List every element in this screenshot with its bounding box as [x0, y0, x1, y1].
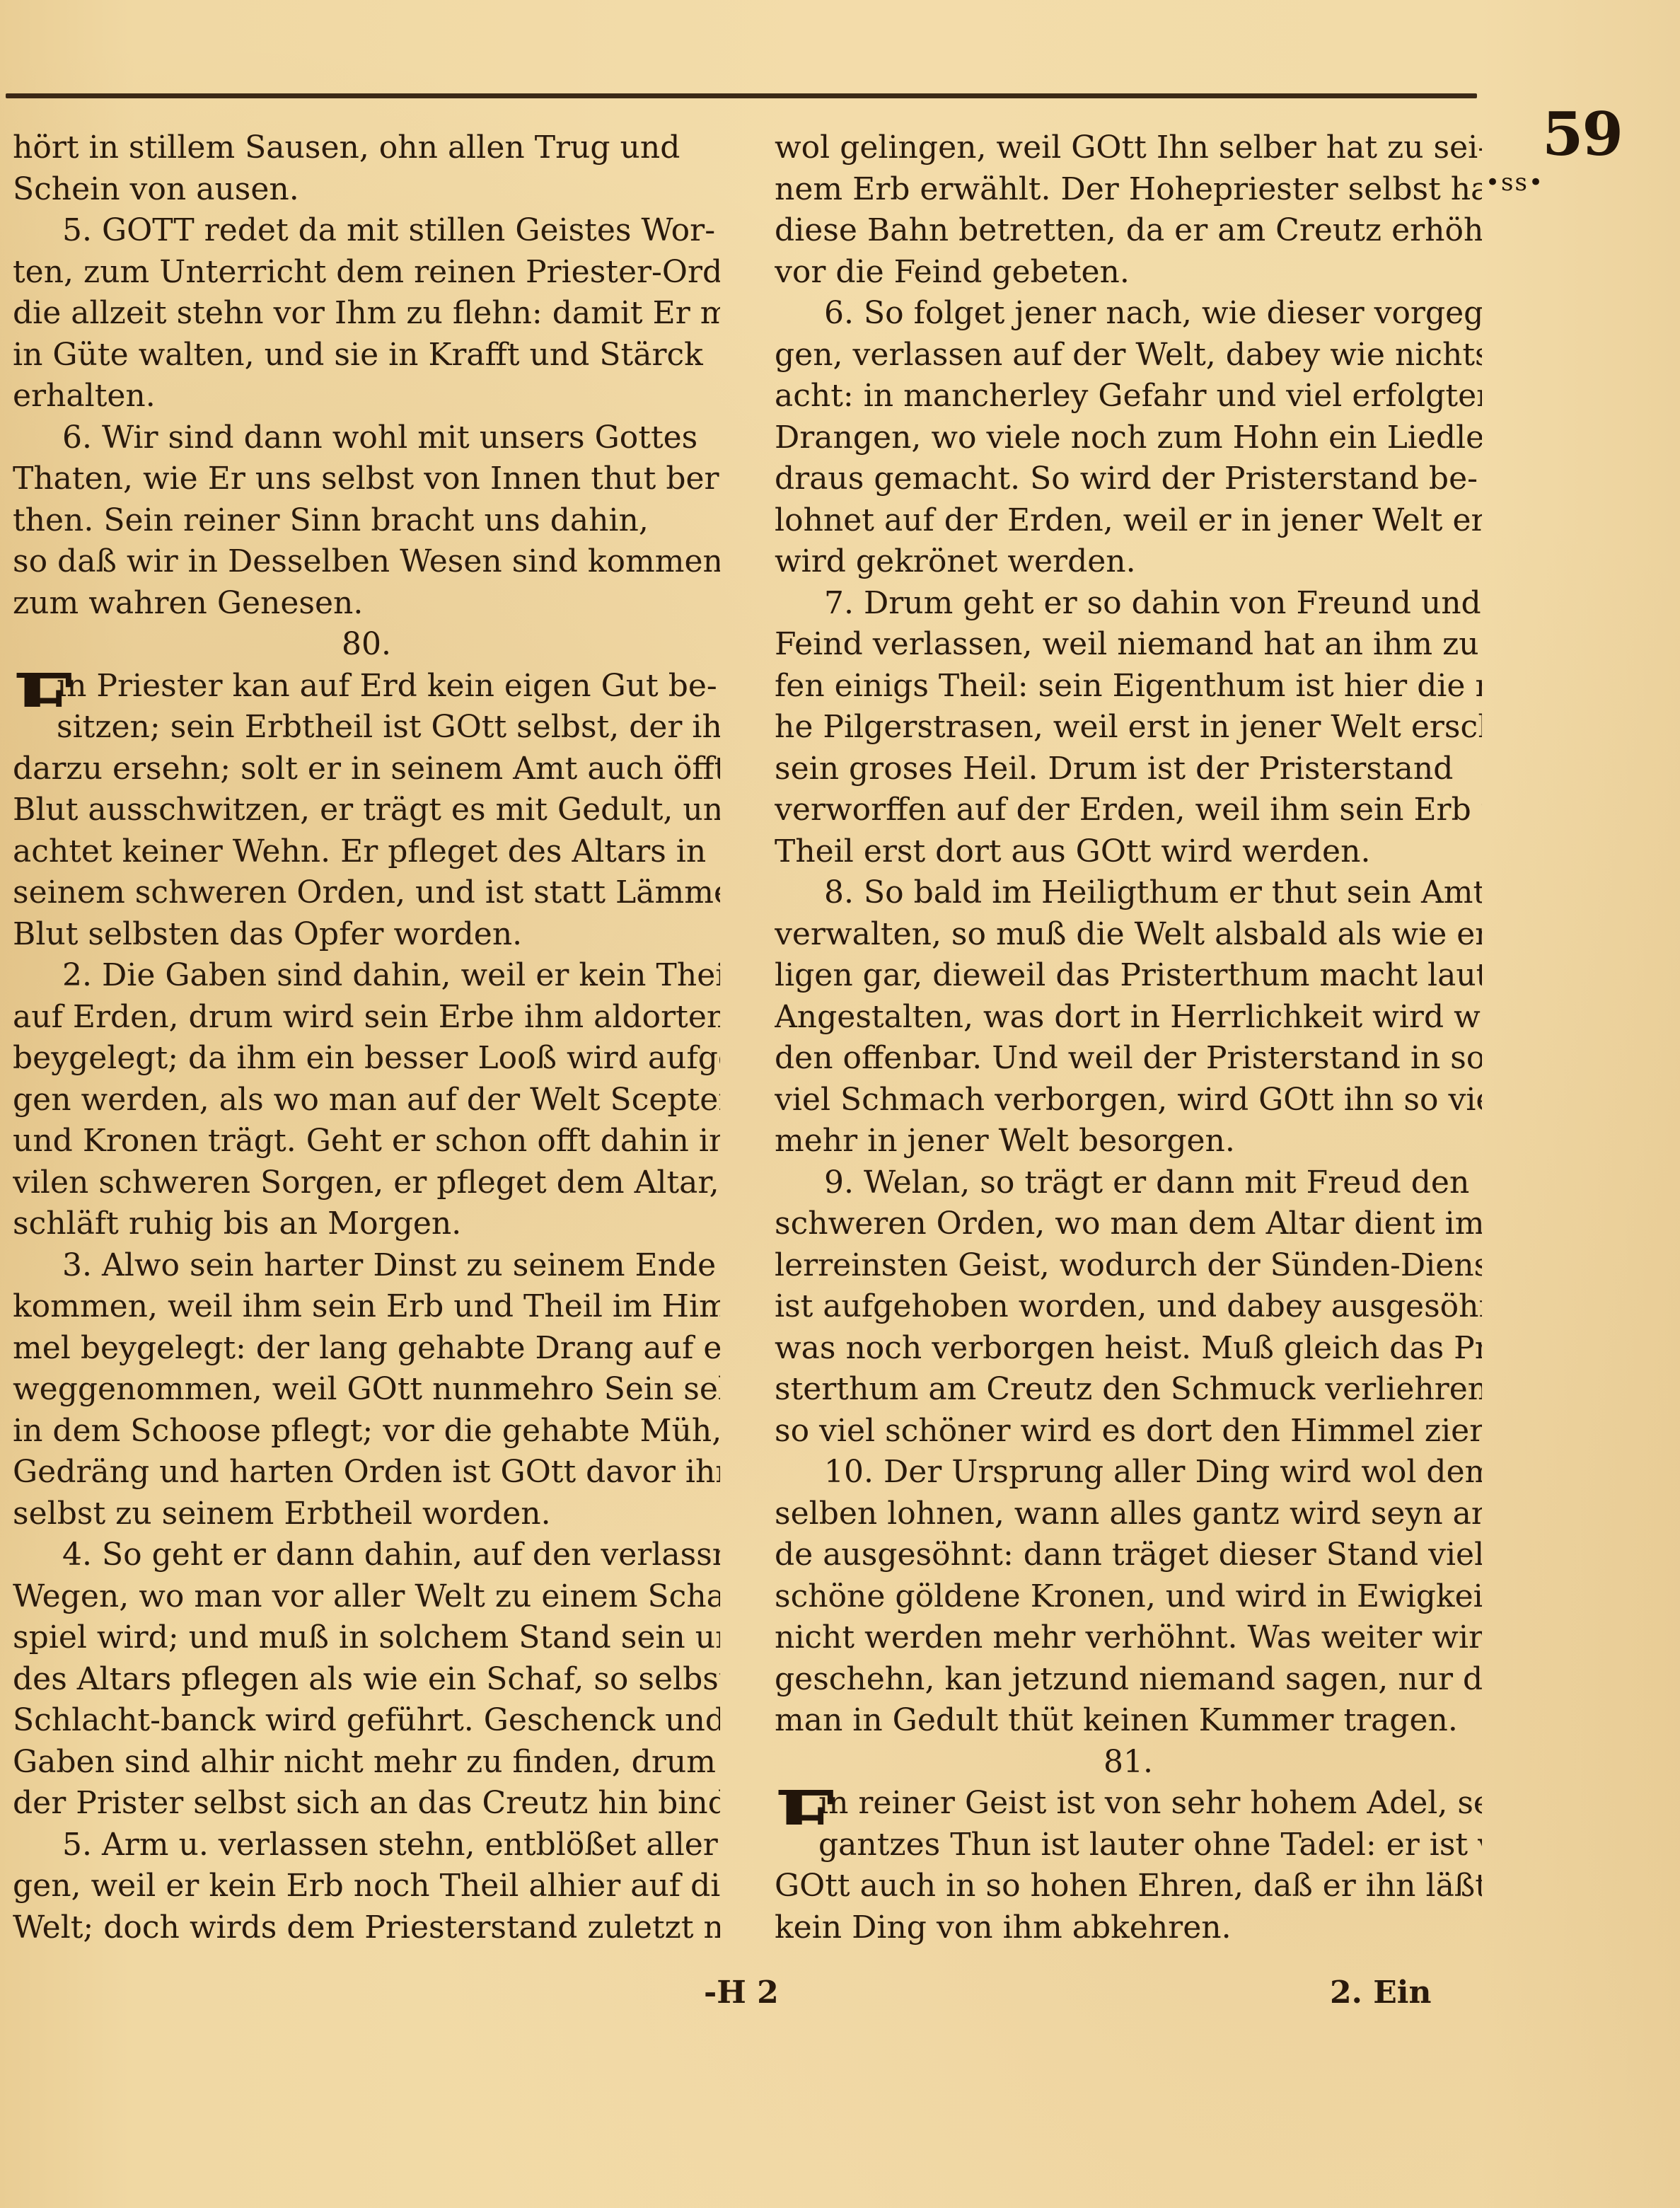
text-line: Schein von ausen.: [13, 169, 720, 211]
text-line: des Altars pflegen als wie ein Schaf, so…: [13, 1659, 720, 1701]
text-line: diese Bahn betretten, da er am Creutz er…: [775, 210, 1482, 252]
text-line: selbst zu seinem Erbtheil worden.: [13, 1493, 720, 1535]
text-line: verworffen auf der Erden, weil ihm sein …: [775, 790, 1482, 831]
text-line: Wegen, wo man vor aller Welt zu einem Sc…: [13, 1576, 720, 1618]
text-line: achtet keiner Wehn. Er pfleget des Altar…: [13, 831, 720, 873]
verse-7-start: 7. Drum geht er so dahin von Freund und: [775, 583, 1482, 625]
text-line: auf Erden, drum wird sein Erbe ihm aldor…: [13, 997, 720, 1039]
text-line: den offenbar. Und weil der Pristerstand …: [775, 1038, 1482, 1080]
text-line: erhalten.: [13, 376, 720, 417]
text-line: in Güte walten, und sie in Krafft und St…: [13, 335, 720, 376]
text-line: kein Ding von ihm abkehren.: [775, 1907, 1482, 1949]
dropcap: E: [775, 1783, 838, 1825]
text-line: sitzen; sein Erbtheil ist GOtt selbst, d…: [13, 707, 720, 748]
text-line: de ausgesöhnt: dann träget dieser Stand …: [775, 1534, 1482, 1576]
text-line: ligen gar, dieweil das Pristerthum macht…: [775, 955, 1482, 997]
text-line: vor die Feind gebeten.: [775, 252, 1482, 294]
text-line: sterthum am Creutz den Schmuck verliehre…: [775, 1369, 1482, 1411]
text-line: spiel wird; und muß in solchem Stand sei…: [13, 1617, 720, 1659]
text-line: mel beygelegt: der lang gehabte Drang au…: [13, 1328, 720, 1370]
text-line: so viel schöner wird es dort den Himmel …: [775, 1411, 1482, 1452]
text-line: zum wahren Genesen.: [13, 583, 720, 625]
signature-mark: -H 2: [704, 1977, 779, 2008]
text-line: Theil erst dort aus GOtt wird werden.: [775, 831, 1482, 873]
verse-2-start: 2. Die Gaben sind dahin, weil er kein Th…: [13, 955, 720, 997]
verse-6-start: 6. So folget jener nach, wie dieser vorg…: [775, 293, 1482, 335]
text-line: lohnet auf der Erden, weil er in jener W…: [775, 500, 1482, 542]
verse-9-start: 9. Welan, so trägt er dann mit Freud den: [775, 1162, 1482, 1204]
text-line: nicht werden mehr verhöhnt. Was weiter w…: [775, 1617, 1482, 1659]
text-line: gen werden, als wo man auf der Welt Scep…: [13, 1080, 720, 1121]
verse-10-start: 10. Der Ursprung aller Ding wird wol dem…: [775, 1452, 1482, 1493]
text-line: in Priester kan auf Erd kein eigen Gut b…: [57, 668, 717, 704]
text-line: Thaten, wie Er uns selbst von Innen thut…: [13, 458, 720, 500]
text-line: man in Gedult thüt keinen Kummer tragen.: [775, 1700, 1482, 1742]
hymn-number-81: 81.: [775, 1742, 1482, 1784]
header-rule: [6, 93, 1477, 98]
text-line: sein groses Heil. Drum ist der Pristerst…: [775, 748, 1482, 790]
text-line: geschehn, kan jetzund niemand sagen, nur…: [775, 1659, 1482, 1701]
verse-4-start: 4. So geht er dann dahin, auf den verlas…: [13, 1534, 720, 1576]
text-line: schöne göldene Kronen, und wird in Ewigk…: [775, 1576, 1482, 1618]
text-line: gen, weil er kein Erb noch Theil alhier …: [13, 1866, 720, 1907]
text-line: ten, zum Unterricht dem reinen Priester-…: [13, 252, 720, 294]
verse-6-start: 6. Wir sind dann wohl mit unsers Gottes: [13, 417, 720, 459]
text-line: kommen, weil ihm sein Erb und Theil im H…: [13, 1286, 720, 1328]
text-line: seinem schweren Orden, und ist statt Läm…: [13, 872, 720, 914]
text-line: in dem Schoose pflegt; vor die gehabte M…: [13, 1411, 720, 1452]
text-line: schweren Orden, wo man dem Altar dient i…: [775, 1203, 1482, 1245]
text-line: then. Sein reiner Sinn bracht uns dahin,: [13, 500, 720, 542]
text-line: acht: in mancherley Gefahr und viel erfo…: [775, 376, 1482, 417]
hymn-number-80: 80.: [13, 624, 720, 666]
text-line: fen einigs Theil: sein Eigenthum ist hie…: [775, 666, 1482, 707]
text-line: in reiner Geist ist von sehr hohem Adel,…: [818, 1785, 1482, 1821]
text-line: he Pilgerstrasen, weil erst in jener Wel…: [775, 707, 1482, 748]
text-line: wol gelingen, weil GOtt Ihn selber hat z…: [775, 127, 1482, 169]
text-line: viel Schmach verborgen, wird GOtt ihn so…: [775, 1080, 1482, 1121]
hymn-80-first-line: Ein Priester kan auf Erd kein eigen Gut …: [13, 666, 720, 707]
text-line: beygelegt; da ihm ein besser Looß wird a…: [13, 1038, 720, 1080]
verse-3-start: 3. Alwo sein harter Dinst zu seinem Ende: [13, 1245, 720, 1287]
text-line: darzu ersehn; solt er in seinem Amt auch…: [13, 748, 720, 790]
text-line: Gedräng und harten Orden ist GOtt davor …: [13, 1452, 720, 1493]
text-line: verwalten, so muß die Welt alsbald als w…: [775, 914, 1482, 956]
text-line: Angestalten, was dort in Herrlichkeit wi…: [775, 997, 1482, 1039]
text-line: weggenommen, weil GOtt nunmehro Sein sel…: [13, 1369, 720, 1411]
text-line: mehr in jener Welt besorgen.: [775, 1121, 1482, 1162]
text-line: Welt; doch wirds dem Priesterstand zulet…: [13, 1907, 720, 1949]
text-line: schläft ruhig bis an Morgen.: [13, 1203, 720, 1245]
text-line: gen, verlassen auf der Welt, dabey wie n…: [775, 335, 1482, 376]
text-line: Blut ausschwitzen, er trägt es mit Gedul…: [13, 790, 720, 831]
text-line: Blut selbsten das Opfer worden.: [13, 914, 720, 956]
verse-5-start: 5. GOTT redet da mit stillen Geistes Wor…: [13, 210, 720, 252]
text-line: und Kronen trägt. Geht er schon offt dah…: [13, 1121, 720, 1162]
text-line: GOtt auch in so hohen Ehren, daß er ihn …: [775, 1866, 1482, 1907]
text-line: draus gemacht. So wird der Pristerstand …: [775, 458, 1482, 500]
verse-5-start: 5. Arm u. verlassen stehn, entblößet all…: [13, 1825, 720, 1866]
text-line: was noch verborgen heist. Muß gleich das…: [775, 1328, 1482, 1370]
text-line: der Prister selbst sich an das Creutz hi…: [13, 1783, 720, 1825]
text-line: Schlacht-banck wird geführt. Geschenck u…: [13, 1700, 720, 1742]
text-line: Drangen, wo viele noch zum Hohn ein Lied…: [775, 417, 1482, 459]
page-ornament: •ss•: [1485, 168, 1544, 197]
text-line: gantzes Thun ist lauter ohne Tadel: er i…: [775, 1825, 1482, 1866]
text-line: lerreinsten Geist, wodurch der Sünden-Di…: [775, 1245, 1482, 1287]
text-line: Gaben sind alhir nicht mehr zu finden, d…: [13, 1742, 720, 1784]
text-line: so daß wir in Desselben Wesen sind komme…: [13, 541, 720, 583]
dropcap: E: [13, 666, 76, 707]
text-line: nem Erb erwählt. Der Hohepriester selbst…: [775, 169, 1482, 211]
text-line: selben lohnen, wann alles gantz wird sey…: [775, 1493, 1482, 1535]
right-column: wol gelingen, weil GOtt Ihn selber hat z…: [775, 127, 1482, 1948]
text-line: hört in stillem Sausen, ohn allen Trug u…: [13, 127, 720, 169]
text-line: Feind verlassen, weil niemand hat an ihm…: [775, 624, 1482, 666]
scanned-page: 59 •ss• hört in stillem Sausen, ohn alle…: [0, 0, 1680, 2208]
text-line: ist aufgehoben worden, und dabey ausgesö…: [775, 1286, 1482, 1328]
left-column: hört in stillem Sausen, ohn allen Trug u…: [13, 127, 720, 1948]
page-number: 59: [1542, 105, 1622, 164]
hymn-81-first-line: Ein reiner Geist ist von sehr hohem Adel…: [775, 1783, 1482, 1825]
verse-8-start: 8. So bald im Heiligthum er thut sein Am…: [775, 872, 1482, 914]
text-line: wird gekrönet werden.: [775, 541, 1482, 583]
text-line: vilen schweren Sorgen, er pfleget dem Al…: [13, 1162, 720, 1204]
catchword: 2. Ein: [1330, 1977, 1432, 2008]
text-line: die allzeit stehn vor Ihm zu flehn: dami…: [13, 293, 720, 335]
